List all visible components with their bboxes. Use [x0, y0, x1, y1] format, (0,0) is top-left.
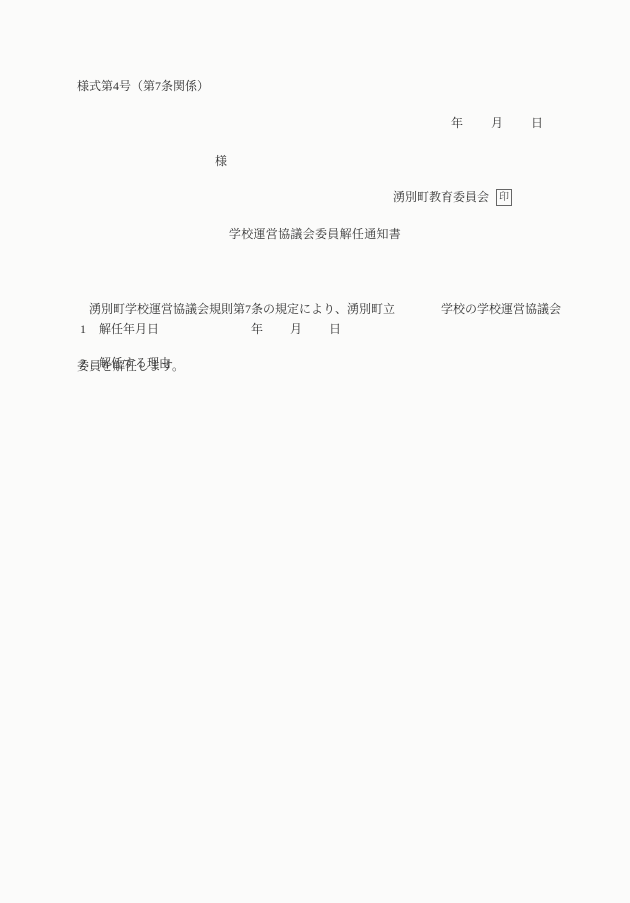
item1-number: 1: [80, 320, 86, 339]
issue-date-day-label: 日: [531, 114, 543, 133]
addressee-suffix: 様: [215, 152, 227, 171]
item1-date-day-label: 日: [329, 320, 341, 339]
issue-date-month-label: 月: [491, 114, 503, 133]
body-line-1: 湧別町学校運営協議会規則第7条の規定により、湧別町立学校の学校運営協議会: [77, 300, 573, 319]
body-line1-before-blank: 湧別町学校運営協議会規則第7条の規定により、湧別町立: [77, 302, 395, 316]
document-title: 学校運営協議会委員解任通知書: [0, 225, 630, 244]
item1-date-year-label: 年: [251, 320, 263, 339]
form-number: 様式第4号（第7条関係）: [77, 77, 209, 96]
item2-label: 解任する理由: [99, 354, 171, 373]
item1-date-line: 年 月 日: [251, 320, 341, 339]
issue-date-line: 年 月 日: [451, 114, 543, 133]
body-line1-after-blank: 学校の学校運営協議会: [441, 302, 561, 316]
dismissal-notice-document: 様式第4号（第7条関係） 年 月 日 様 湧別町教育委員会 印 学校運営協議会委…: [0, 0, 630, 903]
item1-label: 解任年月日: [99, 320, 159, 339]
seal-placeholder-icon: 印: [496, 189, 512, 206]
issuer-name: 湧別町教育委員会: [393, 188, 489, 207]
issuer-line: 湧別町教育委員会 印: [393, 188, 512, 207]
item2-number: 2: [80, 354, 86, 373]
item1-date-month-label: 月: [290, 320, 302, 339]
issue-date-year-label: 年: [451, 114, 463, 133]
